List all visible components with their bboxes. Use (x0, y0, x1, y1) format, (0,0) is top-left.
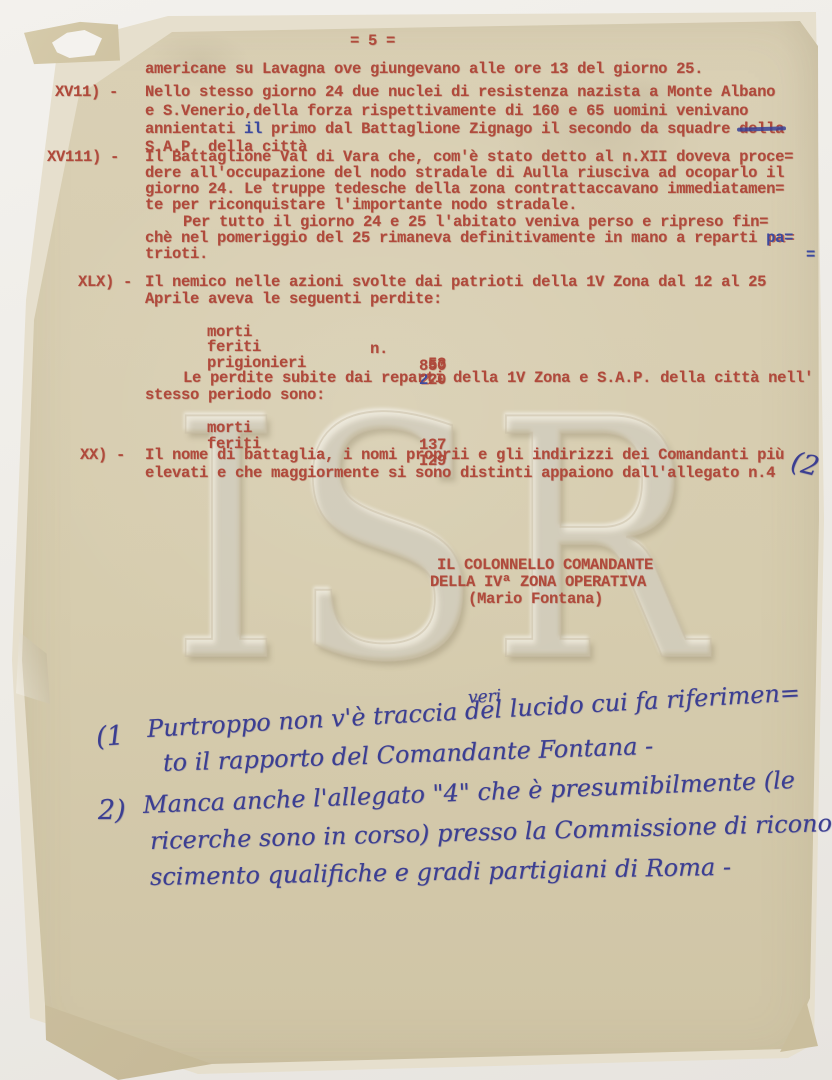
signature-line-2: DELLA IVª ZONA OPERATIVA (430, 574, 646, 591)
typed-line: Il nome di battaglia, i nomi proprii e g… (145, 447, 784, 464)
struck-out-word: della (739, 120, 784, 138)
document-scan: ISR = 5 = americane su Lavagna ove giung… (0, 0, 832, 1080)
handwritten-allegato-ref: (2 (788, 449, 821, 481)
section-xx-label: XX) - (80, 447, 125, 464)
section-xviii-label: XV111) - (47, 149, 119, 166)
typed-text: chè nel pomeriggio del 25 rimaneva defin… (145, 229, 766, 247)
typed-line: Le perdite subite dai reparti della 1V Z… (183, 370, 813, 387)
signature-line-3: (Mario Fontana) (468, 591, 603, 608)
section-xlx-label: XLX) - (78, 274, 132, 291)
typed-text: annientati (145, 120, 244, 138)
typed-line: Aprile aveva le seguenti perdite: (145, 291, 442, 308)
typed-line: elevati e che maggiormente si sono disti… (145, 465, 775, 482)
typed-line: trioti. (145, 246, 208, 263)
page-number: = 5 = (350, 33, 395, 50)
note2-marker: 2) (98, 798, 126, 824)
section-xvii-label: XV11) - (55, 84, 118, 101)
note1-marker: (1 (95, 723, 124, 751)
typed-line: Il nemico nelle azioni svolte dai patrio… (145, 274, 766, 291)
typed-line: e S.Venerio,della forza rispettivamente … (145, 103, 748, 120)
blue-corrected-word: il (244, 120, 262, 138)
intro-line: americane su Lavagna ove giungevano alle… (145, 61, 703, 78)
typed-line: chè nel pomeriggio del 25 rimaneva defin… (145, 230, 793, 247)
typed-line: annientati il primo dal Battaglione Zign… (145, 121, 784, 138)
typed-line: stesso periodo sono: (145, 387, 325, 404)
blue-overstruck-text: pa= (766, 229, 793, 247)
typed-line: Nello stesso giorno 24 due nuclei di res… (145, 84, 775, 101)
typed-text: primo dal Battaglione Zignago il secondo… (262, 120, 739, 138)
typed-line: te per riconquistare l'importante nodo s… (145, 197, 577, 214)
continuation-mark: = (806, 247, 815, 264)
signature-line-1: IL COLONNELLO COMANDANTE (437, 557, 653, 574)
